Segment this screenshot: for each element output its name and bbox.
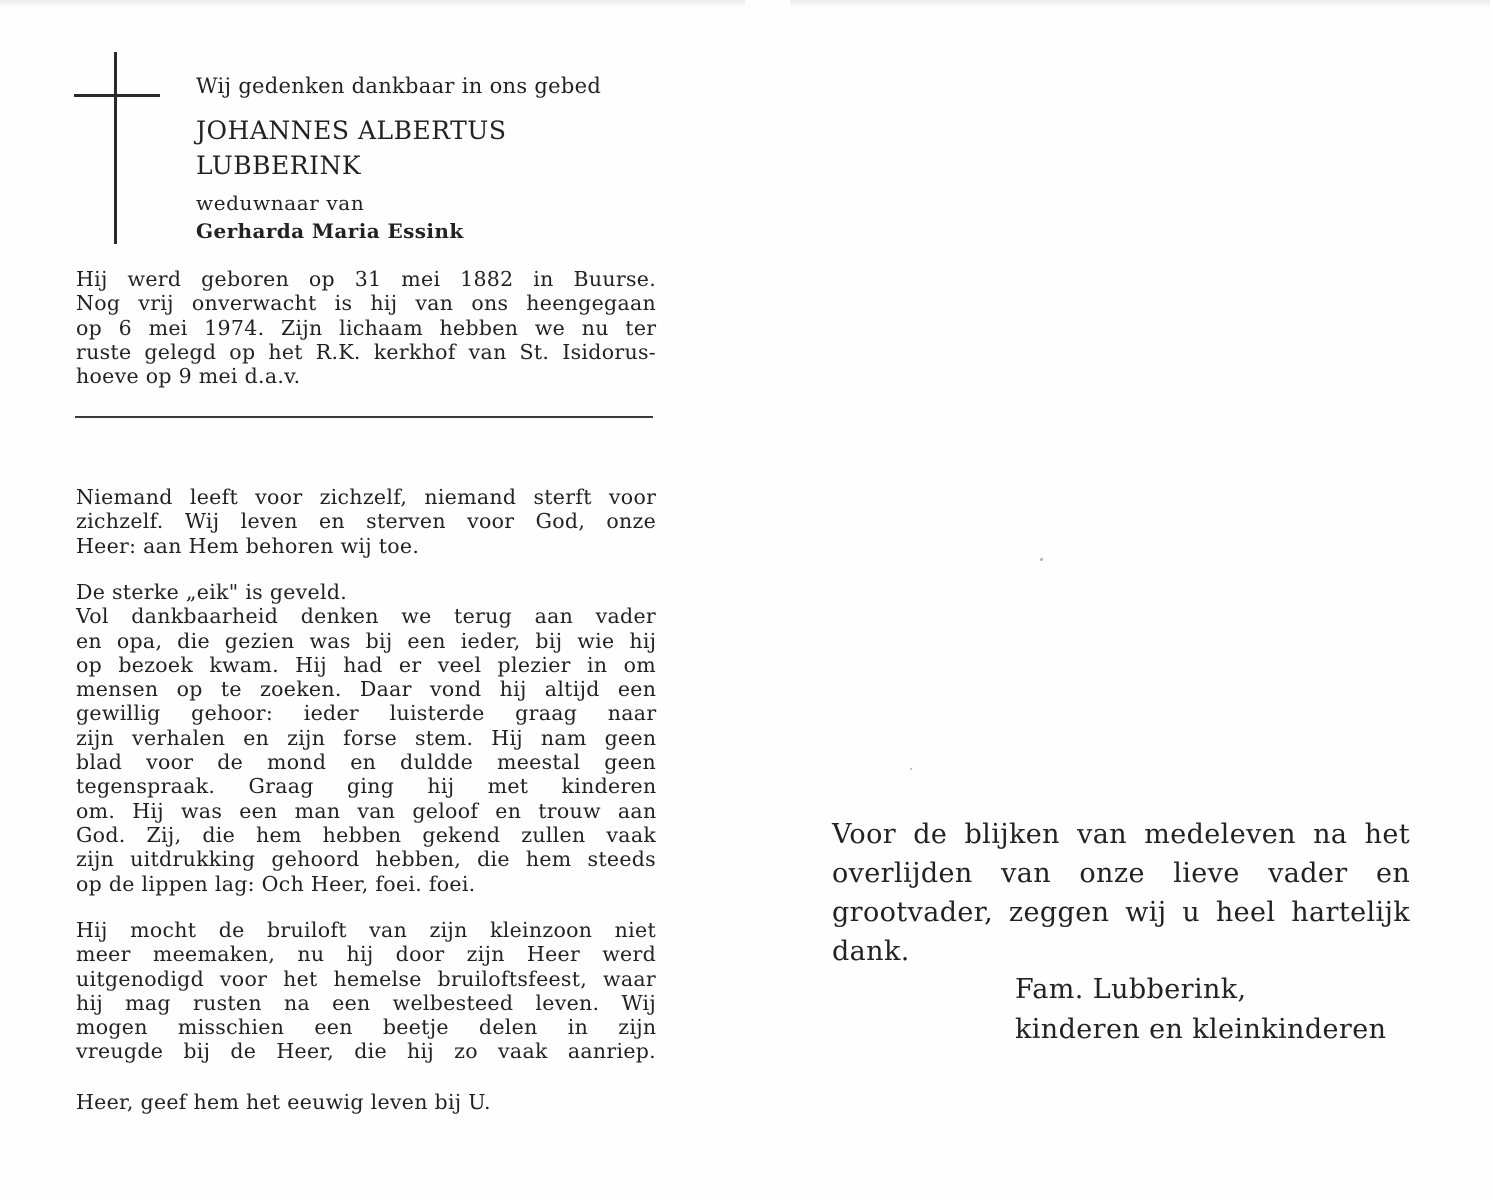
text-line: Niemand leeft voor zichzelf, niemand ste… <box>76 485 656 509</box>
biography-paragraph: Hij werd geboren op 31 mei 1882 in Buurs… <box>76 267 656 388</box>
wedding-paragraph: Hij mocht de bruiloft van zijn kleinzoon… <box>76 918 656 1064</box>
paper-speck <box>1040 558 1043 561</box>
text-line: God. Zij, die hem hebben gekend zullen v… <box>76 823 656 847</box>
cross-icon-vertical <box>114 52 117 244</box>
text-line: op bezoek kwam. Hij had er veel plezier … <box>76 653 656 677</box>
text-line: om. Hij was een man van geloof en trouw … <box>76 799 656 823</box>
text-line: Nog vrij onverwacht is hij van ons heeng… <box>76 291 656 315</box>
text-line: meer meemaken, nu hij door zijn Heer wer… <box>76 942 656 966</box>
text-line: vreugde bij de Heer, die hij zo vaak aan… <box>76 1039 656 1063</box>
text-line: grootvader, zeggen wij u heel hartelijk <box>832 893 1410 932</box>
text-line: en opa, die gezien was bij een ieder, bi… <box>76 629 656 653</box>
text-line: De sterke „eik" is geveld. <box>76 580 656 604</box>
remembrance-paragraph: De sterke „eik" is geveld. Vol dankbaarh… <box>76 580 656 896</box>
memorial-card-left-page: Wij gedenken dankbaar in ons gebed JOHAN… <box>0 0 745 1200</box>
text-line: mensen op te zoeken. Daar vond hij altij… <box>76 677 656 701</box>
scripture-quote: Niemand leeft voor zichzelf, niemand ste… <box>76 485 656 558</box>
text-line: Voor de blijken van medeleven na het <box>832 815 1410 854</box>
text-line: Fam. Lubberink, <box>1015 970 1386 1010</box>
text-line: blad voor de mond en duldde meestal geen <box>76 750 656 774</box>
text-line: Heer, geef hem het eeuwig leven bij U. <box>76 1090 656 1114</box>
thank-you-message: Voor de blijken van medeleven na het ove… <box>832 815 1410 971</box>
text-line: mogen misschien een beetje delen in zijn <box>76 1015 656 1039</box>
paper-edge <box>0 0 745 8</box>
text-line: hij mag rusten na een welbesteed leven. … <box>76 991 656 1015</box>
text-line: ruste gelegd op het R.K. kerkhof van St.… <box>76 340 656 364</box>
deceased-name-last: LUBBERINK <box>196 151 361 180</box>
text-line: Hij werd geboren op 31 mei 1882 in Buurs… <box>76 267 656 291</box>
text-line: op 6 mei 1974. Zijn lichaam hebben we nu… <box>76 316 656 340</box>
text-line: Heer: aan Hem behoren wij toe. <box>76 534 656 558</box>
text-line: tegenspraak. Graag ging hij met kinderen <box>76 774 656 798</box>
text-line: zichzelf. Wij leven en sterven voor God,… <box>76 509 656 533</box>
text-line: Vol dankbaarheid denken we terug aan vad… <box>76 604 656 628</box>
text-line: overlijden van onze lieve vader en <box>832 854 1410 893</box>
family-signature: Fam. Lubberink, kinderen en kleinkindere… <box>1015 970 1386 1050</box>
text-line: zijn uitdrukking gehoord hebben, die hem… <box>76 847 656 871</box>
paper-speck <box>910 768 912 770</box>
spouse-name: Gerharda Maria Essink <box>196 219 464 243</box>
section-divider <box>75 416 653 418</box>
text-line: kinderen en kleinkinderen <box>1015 1010 1386 1050</box>
text-line: dank. <box>832 932 1410 971</box>
widower-label: weduwnaar van <box>196 191 364 215</box>
text-line: gewillig gehoor: ieder luisterde graag n… <box>76 701 656 725</box>
text-line: hoeve op 9 mei d.a.v. <box>76 364 656 388</box>
paper-edge <box>790 0 1490 8</box>
text-line: uitgenodigd voor het hemelse bruiloftsfe… <box>76 967 656 991</box>
text-line: zijn verhalen en zijn forse stem. Hij na… <box>76 726 656 750</box>
closing-prayer: Heer, geef hem het eeuwig leven bij U. <box>76 1090 656 1114</box>
text-line: Hij mocht de bruiloft van zijn kleinzoon… <box>76 918 656 942</box>
cross-icon-horizontal <box>74 94 160 97</box>
deceased-name-first: JOHANNES ALBERTUS <box>196 116 506 145</box>
text-line: op de lippen lag: Och Heer, foei. foei. <box>76 872 656 896</box>
intro-text: Wij gedenken dankbaar in ons gebed <box>196 74 601 98</box>
